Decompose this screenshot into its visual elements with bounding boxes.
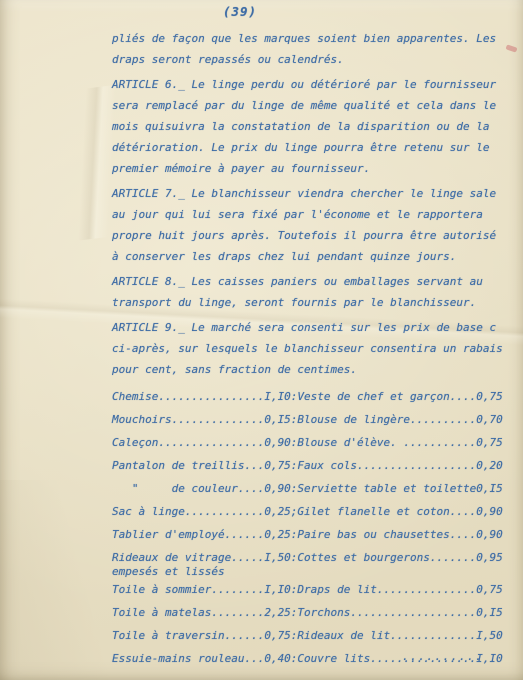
text-line: ci-après, sur lesquels le blanchisseur c… (112, 338, 512, 359)
text-line: ARTICLE 8._ Les caisses paniers ou embal… (112, 271, 512, 292)
text-line: ARTICLE 9._ Le marché sera consenti sur … (112, 317, 512, 338)
price-row: Tablier d'employé......0,25:Paire bas ou… (112, 523, 512, 546)
page-number: (39) (0, 4, 480, 19)
price-row: Chemise................I,I0:Veste de che… (112, 385, 512, 408)
text-line: à conserver les draps chez lui pendant q… (112, 246, 512, 267)
text-line: ARTICLE 6._ Le linge perdu ou détérioré … (112, 74, 512, 95)
text-line: pour cent, sans fraction de centimes. (112, 359, 512, 380)
price-row: Mouchoirs..............0,I5:Blouse de li… (112, 408, 512, 431)
price-row: Sac à linge............0,25;Gilet flanel… (112, 500, 512, 523)
text-line: sera remplacé par du linge de même quali… (112, 95, 512, 116)
text-line: ARTICLE 7._ Le blanchisseur viendra cher… (112, 183, 512, 204)
text-line: premier mémoire à payer au fournisseur. (112, 158, 512, 179)
text-line: au jour qui lui sera fixé par l'économe … (112, 204, 512, 225)
price-row: Pantalon de treillis...0,75:Faux cols...… (112, 454, 512, 477)
paper-crease (0, 480, 120, 680)
footer-dots: .......... (402, 650, 483, 663)
price-row: Toile à traversin......0,75:Rideaux de l… (112, 624, 512, 647)
price-row: Caleçon................0,90:Blouse d'élè… (112, 431, 512, 454)
text-line: transport du linge, seront fournis par l… (112, 292, 512, 313)
text-line: draps seront repassés ou calendrés. (112, 49, 512, 70)
price-row: " de couleur....0,90:Serviette table et … (112, 477, 512, 500)
paragraph-lines: pliés de façon que les marques soient bi… (112, 28, 512, 380)
document-page: (39) pliés de façon que les marques soie… (0, 0, 523, 680)
price-list: Chemise................I,I0:Veste de che… (112, 385, 512, 670)
text-line: mois quisuivra la constatation de la dis… (112, 116, 512, 137)
text-line: détérioration. Le prix du linge pourra ê… (112, 137, 512, 158)
price-row: Toile à sommier........I,I0:Draps de lit… (112, 578, 512, 601)
text-line: pliés de façon que les marques soient bi… (112, 28, 512, 49)
price-row: Toile à matelas........2,25:Torchons....… (112, 601, 512, 624)
document-body: pliés de façon que les marques soient bi… (112, 28, 512, 670)
text-line: propre huit jours après. Toutefois il po… (112, 225, 512, 246)
